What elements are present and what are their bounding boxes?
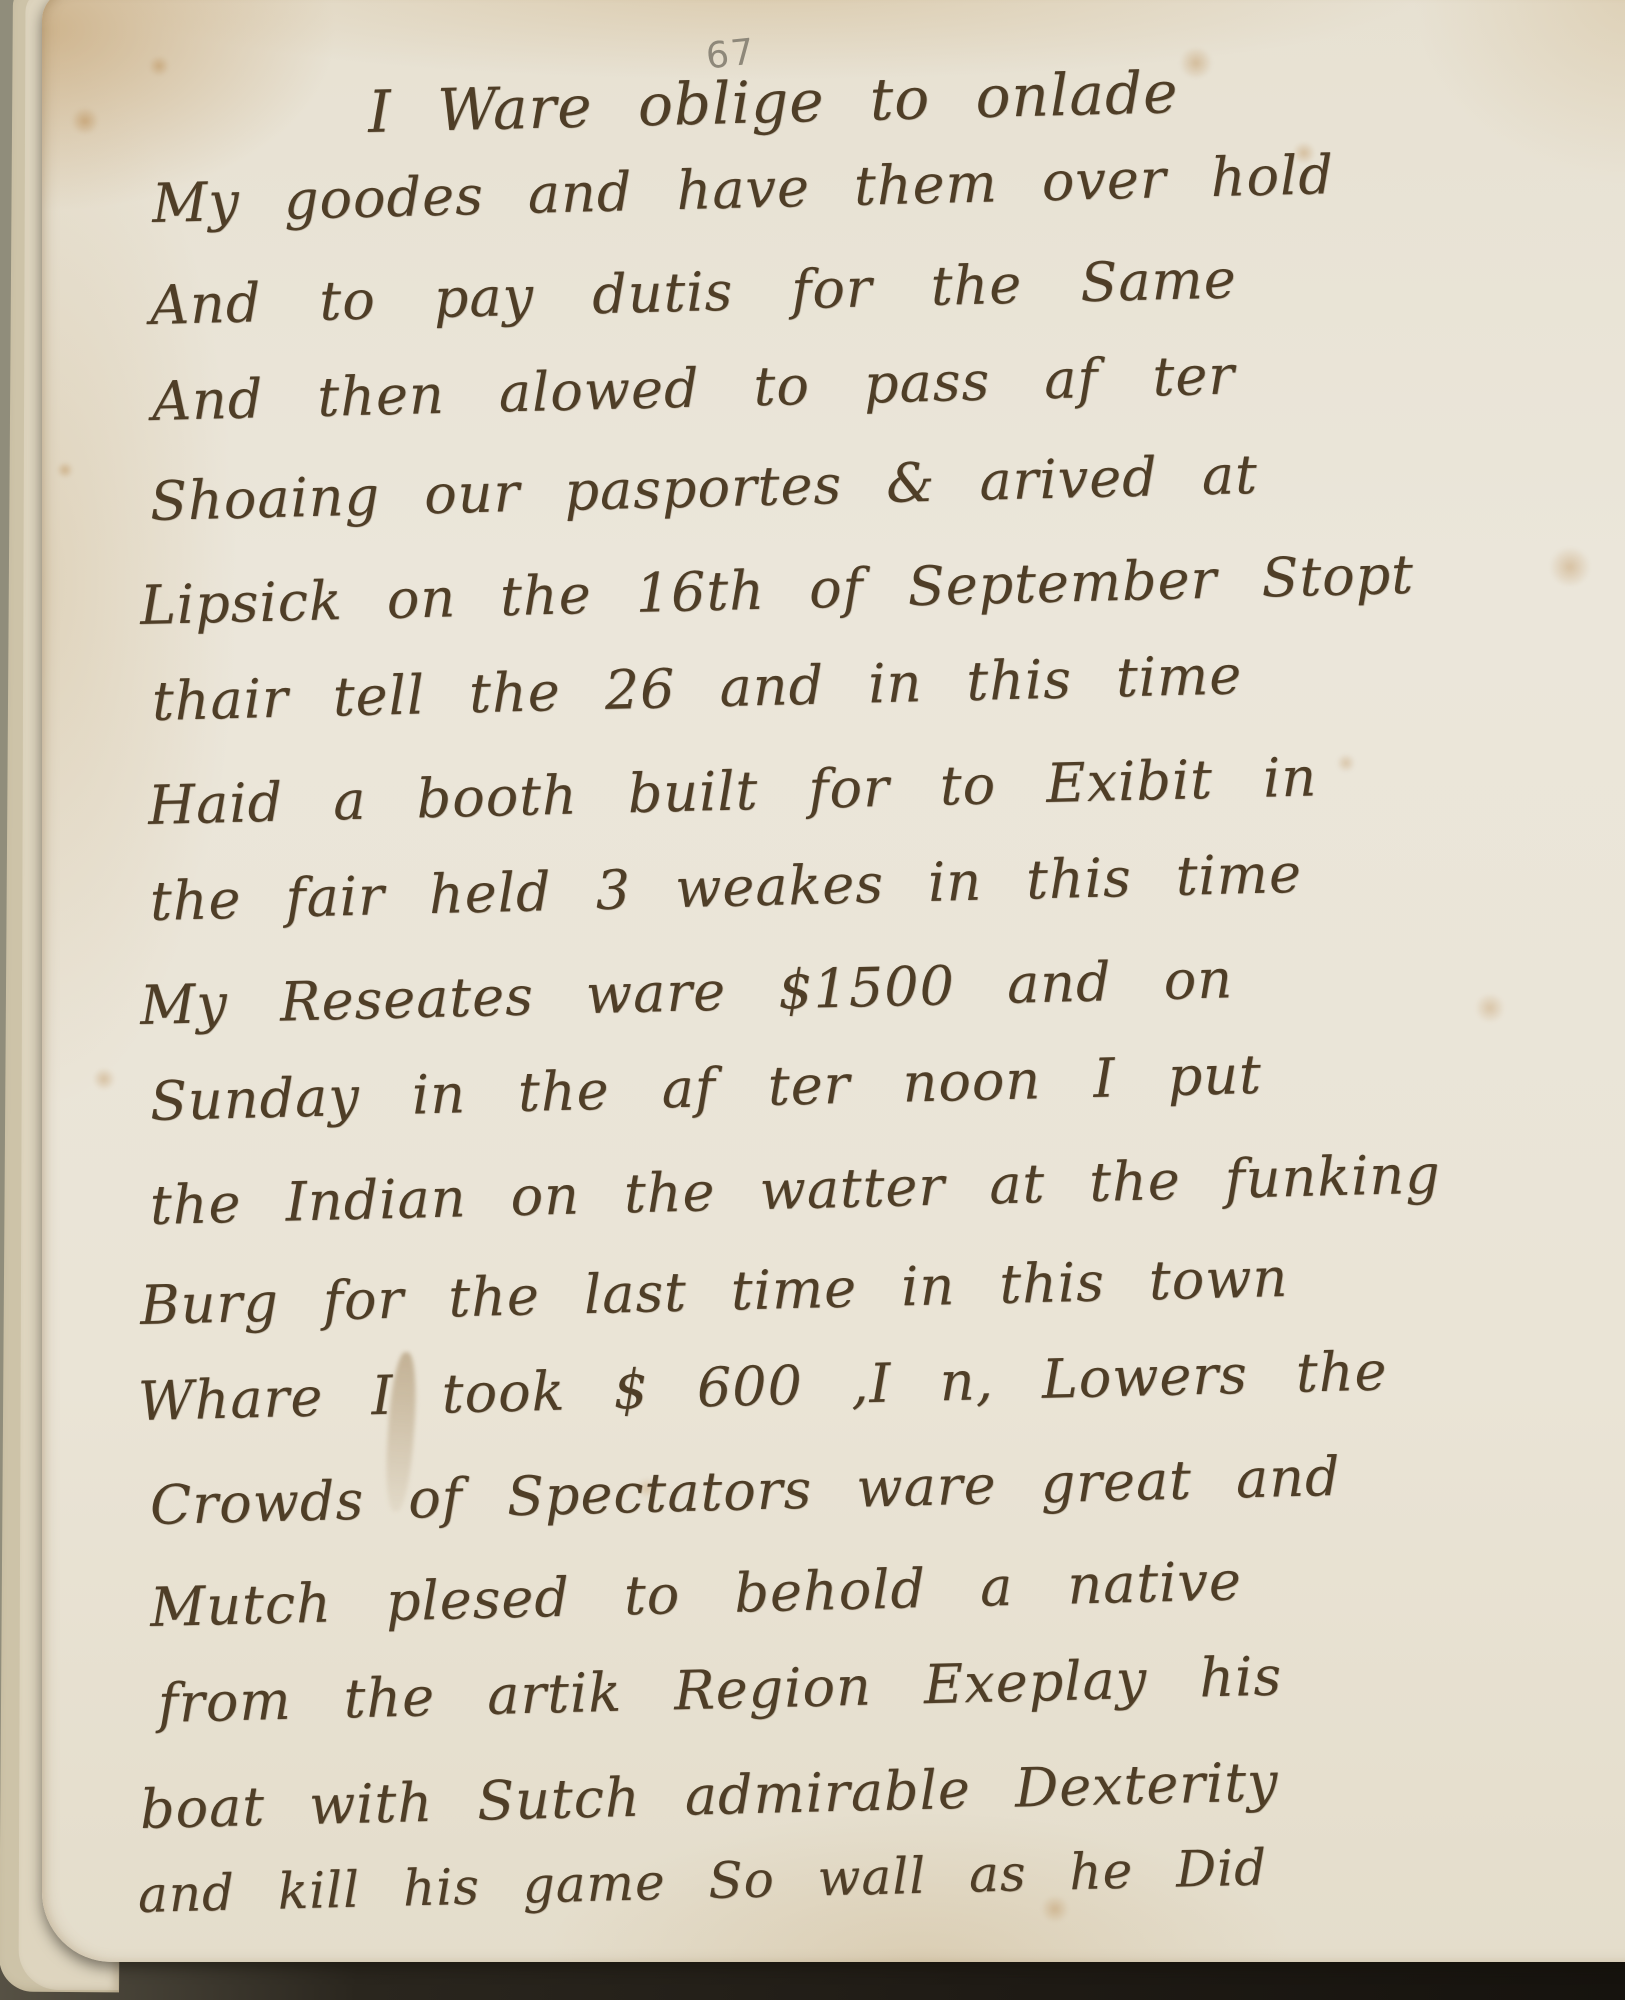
foxing-spot (148, 56, 170, 76)
foxing-spot (1336, 754, 1356, 772)
foxing-spot (92, 1068, 116, 1090)
photographed-manuscript: 67 I Ware oblige to onlade My goodes and… (0, 0, 1625, 2000)
foxing-spot (70, 108, 100, 134)
foxing-spot (1178, 48, 1214, 78)
foxing-spot (1474, 994, 1506, 1022)
foxing-spot (1548, 548, 1592, 586)
foxing-spot (56, 462, 74, 478)
